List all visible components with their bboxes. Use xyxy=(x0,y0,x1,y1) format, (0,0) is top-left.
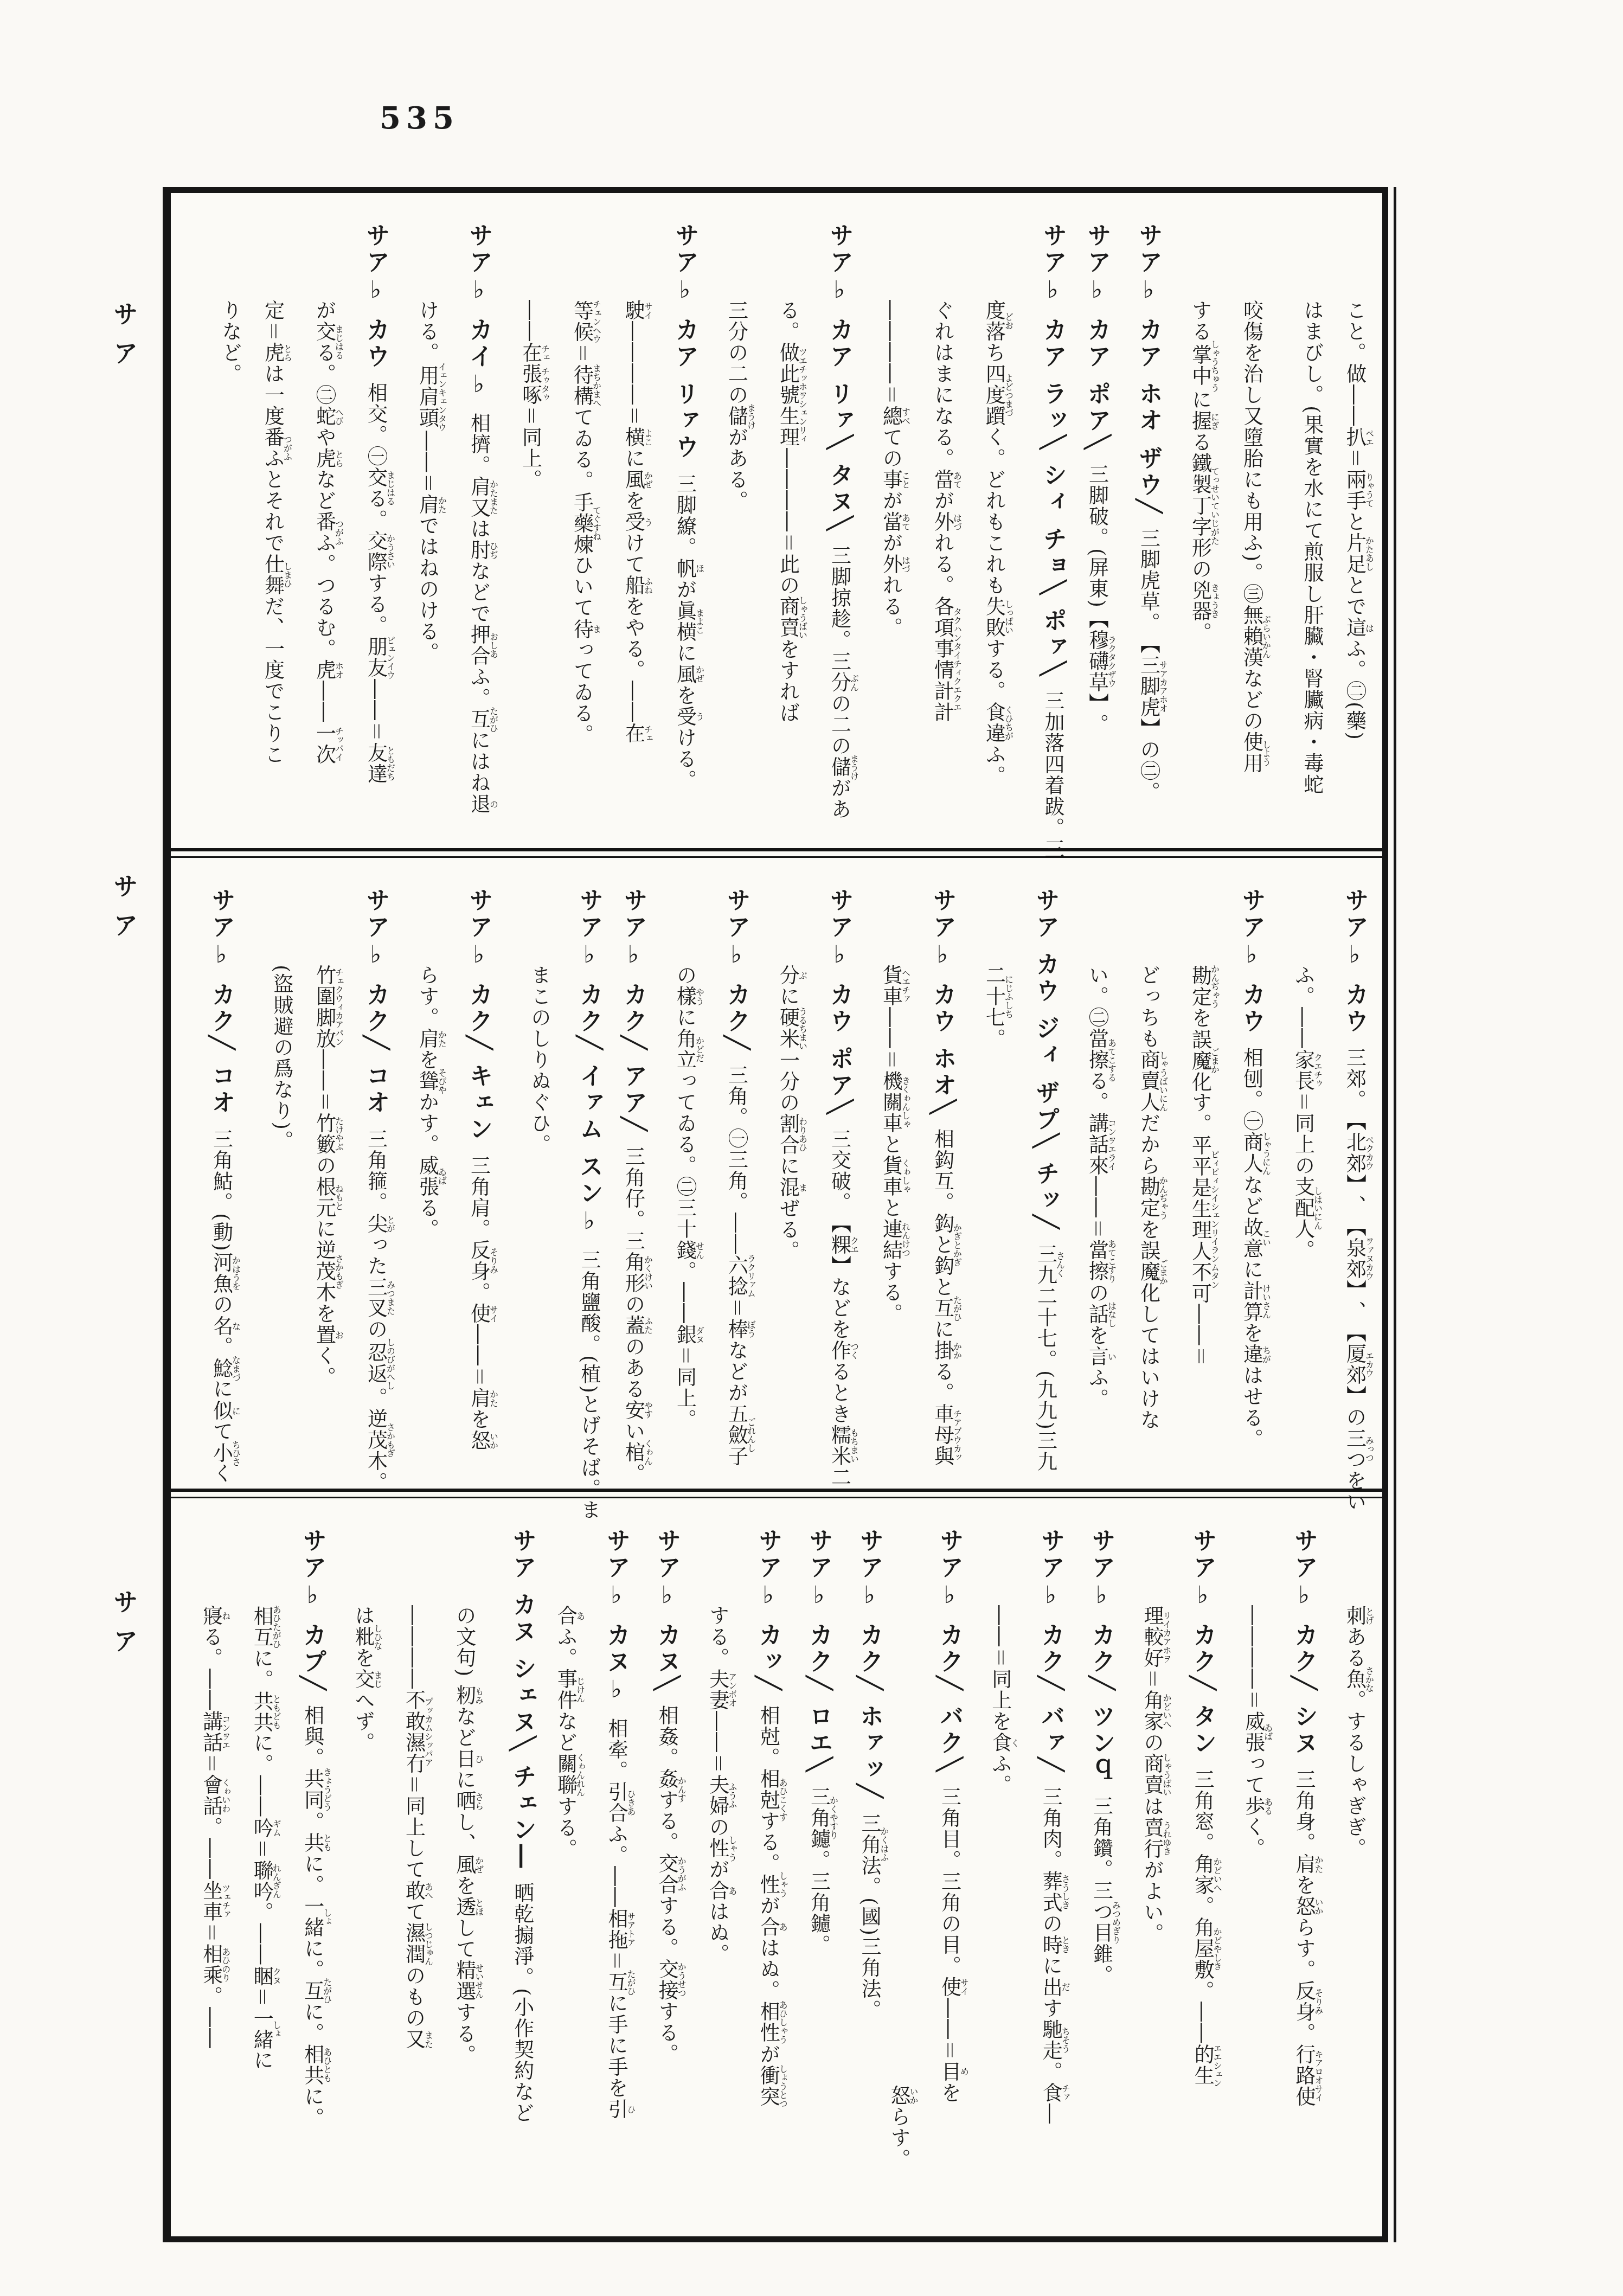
continuation-column: まこのしりぬぐひ。 xyxy=(498,858,549,1489)
definition-text: する掌中しゃうちゅうに握にぎる鐵製丁字形てっせいていじがたの兇器きょうき。 xyxy=(1189,300,1212,643)
continuation-column: は粃しひなを交まじへず。 xyxy=(331,1498,382,2231)
headword: サア♭ カヌ╲ xyxy=(653,1528,681,1693)
definition-text: ける。用肩頭イェンキェンタウ――＝肩かたではねのける。 xyxy=(416,300,439,663)
definition-text: が交るまじはる。㊁蛇へびや虎とらなど番ふつがふ。つるむ。虎ホオ――一次チッパイ xyxy=(313,300,336,765)
entry-column: サア♭ カク╱ キェン三角肩。反身そりみ。使サイ――＝肩かたを怒いか xyxy=(446,858,498,1489)
definition-text: 竹圍脚放チェクウィカアパン――＝竹籔たけやぶの根元ねもとに逆茂木さかもぎを置おく… xyxy=(313,965,336,1388)
definition-text: 三郊。【北郊】ペクカウ、【泉郊】ヲァヌカウ、【厦郊】エカウの三つみっつをい xyxy=(1343,1047,1367,1512)
continuation-column: 合あふ。事件じけんなど關聯くゎんれんする。 xyxy=(534,1498,585,2231)
headword: サア カヌ シェヌ╲ チェン― xyxy=(509,1528,536,1870)
continuation-column: する掌中しゃうちゅうに握にぎる鐵製丁字形てっせいていじがたの兇器きょうき。 xyxy=(1167,193,1219,848)
definition-text: 三脚掠趁。三分ぶんの二の儲まうけがあ xyxy=(828,545,851,820)
entry-column: サア♭ カク╱ イァム スン♭三角鹽酸。(植)とげそば。ま xyxy=(549,858,601,1489)
continuation-column: 咬傷を治し又墮胎にも用ふ)。㊂無賴漢ぶらいかんなどの使用しよう xyxy=(1219,193,1271,848)
definition-text: 度落どおち四度躓よどつまづく。どれもこれも失敗しっぱいする。食違くひちがふ。 xyxy=(983,300,1006,786)
definition-text: する。夫妻アンボオ――＝夫婦ふうふの性しゃうが合あはぬ。 xyxy=(706,1605,729,1965)
definition-text: 三脚虎草。【三脚虎】サアカアホオの㊁。 xyxy=(1137,528,1160,803)
definition-text: 三角鑽。三つ目錐みつめぎり。 xyxy=(1090,1795,1113,1986)
definition-text: 三角鑢かくやすり。三角鑢。 xyxy=(807,1786,831,1955)
entry-column: サア♭ カア ラッ╲ シィ チョ╲ ポァ╲三加落四着跋。三 xyxy=(1013,193,1064,848)
continuation-column: ――在チェ張啄チゥタゥ＝同上。 xyxy=(498,193,549,848)
entry-column: サア♭ カウ相刨。㊀商人しゃうにんなど故意こいに計算けいさんを違ちがはせる。 xyxy=(1219,858,1271,1489)
headword: サア♭ カク╱ タン xyxy=(1189,1528,1216,1757)
continuation-column: 寢ねる。――講話コンヲエ＝會話くゎいわ。――坐車ツェチァ＝相乘あひのり。―― xyxy=(179,1498,230,2231)
definition-text: 相擠。肩又かたまたは肘ひぢなどで押合おしあふ。互たがひにはね退の xyxy=(467,413,491,814)
definition-text: りなど。 xyxy=(219,300,242,384)
definition-text: 相與。共同きょうどう。共ともに。一緒しょに。互たがひに。相共あひともに。 xyxy=(301,1705,324,2128)
definition-text: はまびし。(果實を水にて煎服し肝臟・腎臟病・毒蛇 xyxy=(1300,300,1324,795)
headword: サア♭ カウ ホオ╲ xyxy=(929,888,957,1117)
headword: サア♭ カウ xyxy=(1238,888,1266,1035)
entry-column: サア♭ カプ╱相與。共同きょうどう。共ともに。一緒しょに。互たがひに。相共あひと… xyxy=(281,1498,331,2231)
headword: サア♭ カク╱ コオ xyxy=(362,888,390,1117)
headword: サア♭ カウ xyxy=(362,223,390,370)
definition-text: まこのしりぬぐひ。 xyxy=(528,965,551,1155)
headword: サア♭ カア ポア╲ xyxy=(1083,223,1111,452)
headword: サア♭ カク╱ イァム スン♭ xyxy=(575,888,603,1237)
entry-column: サア カヌ シェヌ╲ チェン―晒乾搧淨。(小作契約など xyxy=(483,1498,534,2231)
continuation-column: 度落どおち四度躓よどつまづく。どれもこれも失敗しっぱいする。食違くひちがふ。 xyxy=(961,193,1013,848)
entry-column: サア♭ カク╱ コオ三角鮕。(動)河魚かはうをの名な。鯰なまづに似にて小ちひさく xyxy=(189,858,240,1489)
definition-text: 駛サイ――――＝横よこに風かぜを受うけて船ふねをやる。――在チェ xyxy=(622,300,645,744)
entry-column: サア♭ カク╱ ホァッ╱三角法かくはふ。(國)三角法。 xyxy=(838,1498,888,2231)
definition-text: 相互あひたがひに。共共ともどもに。――吟ギム＝聯吟れんぎん。――睏クヌ＝一緒しょ… xyxy=(250,1605,273,2071)
continuation-column: の文句) 籾もみなど日ひに晒さらし、風かぜを透とほして精選せいせんする。 xyxy=(433,1498,483,2231)
entry-column: サア カウ ジィ ザプ╲ チッ╱三九さんく二十七。(九九)三九 xyxy=(1013,858,1064,1489)
entry-column: サア♭ カア リァウ三脚繚。帆ほが眞横まよこに風かぜを受うける。 xyxy=(652,193,704,848)
continuation-column: い。㊁當擦るあてこする。講話來コンヲエライ――＝當擦あてこすりの話はなしを言いふ… xyxy=(1064,858,1116,1489)
continuation-column: はまびし。(果實を水にて煎服し肝臟・腎臟病・毒蛇 xyxy=(1271,193,1322,848)
entry-band-1: こと。做――扒ペエ＝兩手りゃうてと片足かたあしとで這はふ。㊁(藥)はまびし。(果… xyxy=(171,193,1382,848)
definition-text: 定＝虎とらは一度番ふつがふとそれで仕舞しまひだ、一度でこりこ xyxy=(261,300,285,765)
continuation-column: りなど。 xyxy=(189,193,240,848)
definition-text: ぐれはまになる。當あてが外はづれる。各項事情計計タクハンタイチィクエクエ xyxy=(931,300,954,723)
definition-text: 三脚繚。帆ほが眞横まよこに風かぜを受うける。 xyxy=(673,473,697,791)
margin-guide-label-band1: サア xyxy=(106,301,142,379)
definition-text: (盜賊避の爲なり)。 xyxy=(270,965,293,1152)
headword: サア♭ カク╱ xyxy=(723,888,750,1053)
continuation-column: 刺とげある魚さかな。するしゃぎぎ。 xyxy=(1323,1498,1374,2231)
entry-column: サア♭ カク╱ シヌ三角身。肩かたを怒いからす。反身そりみ。行路使キアロオサイ xyxy=(1272,1498,1323,2231)
headword: サア♭ カク╱ ホァッ╱ xyxy=(856,1528,883,1801)
continuation-column: こと。做――扒ペエ＝兩手りゃうてと片足かたあしとで這はふ。㊁(藥) xyxy=(1322,193,1374,848)
headword: サア♭ カク╱ アア╱ xyxy=(620,888,647,1134)
continuation-column: 二十七にじふしち。 xyxy=(961,858,1013,1489)
definition-text: 勘定かんぢゃうを誤魔化ごまかす。平平是生理人不可ピィピィシイシェンリイランムタン… xyxy=(1189,965,1212,1368)
continuation-column: の樣やうに角立かどだってゐる。㊁三十錢せん。――銀ダヌ＝同上。 xyxy=(652,858,704,1489)
definition-text: 寢ねる。――講話コンヲエ＝會話くゎいわ。――坐車ツェチァ＝相乘あひのり。―― xyxy=(200,1605,223,2049)
page-number: 535 xyxy=(380,100,459,136)
headword: サア カウ ジィ ザプ╲ チッ╱ xyxy=(1032,888,1060,1232)
entry-column: サア♭ カア リァ╲ タヌ╲三脚掠趁。三分ぶんの二の儲まうけがあ xyxy=(807,193,858,848)
definition-text: ふ。――家長クエチゥ＝同上の支配人しはいにん。 xyxy=(1292,965,1315,1261)
definition-text: ――――＝威張ゐばって歩あるく。 xyxy=(1242,1605,1265,1859)
definition-text: 三脚破。(屏東)【穆礴草】ラクタクザウ。 xyxy=(1086,464,1109,735)
definition-text: ――――不敢濕冇プッカムシッパア＝同上して敢あへて濕潤しつじゅんのもの又また xyxy=(402,1605,425,2050)
definition-text: い。㊁當擦るあてこする。講話來コンヲエライ――＝當擦あてこすりの話はなしを言いふ… xyxy=(1086,965,1109,1409)
definition-text: 相尅。相尅すあひこくする。性しゃうが合あはぬ。相性あひしゃうが衝突しょうとつ xyxy=(756,1705,780,2108)
entry-column: サア♭ カク╱ タン三角窓。角家かどいへ。角屋敷かどやしき。――的生エエシェン xyxy=(1171,1498,1221,2231)
definition-text: 三角窓。角家かどいへ。角屋敷かどやしき。――的生エエシェン xyxy=(1191,1769,1214,2087)
continuation-column: 駛サイ――――＝横よこに風かぜを受うけて船ふねをやる。――在チェ xyxy=(601,193,652,848)
headword: サア♭ カク╱ キェン xyxy=(465,888,493,1143)
headword: サア♭ カヌ♭ xyxy=(602,1528,630,1706)
column-row: こと。做――扒ペエ＝兩手りゃうてと片足かたあしとで這はふ。㊁(藥)はまびし。(果… xyxy=(171,193,1382,848)
definition-text: は粃しひなを交まじへず。 xyxy=(351,1605,375,1753)
definition-text: 分ぶに硬米うるちまい一分の割合わりあひに混まぜる。 xyxy=(777,965,800,1261)
definition-text: 咬傷を治し又墮胎にも用ふ)。㊂無賴漢ぶらいかんなどの使用しよう xyxy=(1240,300,1263,774)
definition-text: の樣やうに角立かどだってゐる。㊁三十錢せん。――銀ダヌ＝同上。 xyxy=(673,965,697,1430)
band-divider xyxy=(171,1489,1382,1498)
page-frame: こと。做――扒ペエ＝兩手りゃうてと片足かたあしとで這はふ。㊁(藥)はまびし。(果… xyxy=(163,187,1388,2242)
headword: サア♭ カク╱ シヌ xyxy=(1290,1528,1318,1757)
headword: サア♭ カア ホオ ザウ╱ xyxy=(1135,223,1163,516)
entry-column: サア♭ カイ♭相擠。肩又かたまたは肘ひぢなどで押合おしあふ。互たがひにはね退の xyxy=(446,193,498,848)
definition-text: 合あふ。事件じけんなど關聯くゎんれんする。 xyxy=(554,1605,578,1859)
definition-text: 三角鮕。(動)河魚かはうをの名な。鯰なまづに似にて小ちひさく xyxy=(210,1128,233,1485)
definition-text: 三角法かくはふ。(國)三角法。 xyxy=(858,1813,881,2021)
continuation-column: ――＝同上を食くふ。 xyxy=(968,1498,1019,2231)
definition-text: 相牽。引合ひきあふ。――相拖サアトア＝互たがひに手に手を引ひ xyxy=(605,1718,628,2120)
continuation-column: 勘定かんぢゃうを誤魔化ごまかす。平平是生理人不可ピィピィシイシェンリイランムタン… xyxy=(1167,858,1219,1489)
headword: サア♭ カッ╱ xyxy=(754,1528,782,1693)
definition-text: 三角仔。三角形かくけいの蓋ふたのある安やすい棺くゎん。 xyxy=(622,1146,645,1484)
continuation-column: どっちも商賣人しゃうばいにんだから勘定かんぢゃうを誤魔化ごまかしてはいけな xyxy=(1116,858,1167,1489)
headword: サア♭ カク╱ バク╲ xyxy=(935,1528,963,1774)
continuation-column: ける。用肩頭イェンキェンタウ――＝肩かたではねのける。 xyxy=(395,193,446,848)
definition-text: の文句) 籾もみなど日ひに晒さらし、風かぜを透とほして精選せいせんする。 xyxy=(453,1605,476,2066)
definition-text: ――在チェ張啄チゥタゥ＝同上。 xyxy=(519,300,542,490)
definition-text: 三角肩。反身そりみ。使サイ――＝肩かたを怒いか xyxy=(467,1155,491,1451)
definition-text: 三加落四着跋。三 xyxy=(1041,690,1064,860)
entry-column: サア♭ カク╱ ロエ╲三角鑢かくやすり。三角鑢。 xyxy=(787,1498,838,2231)
entry-column: サア♭ カッ╱相尅。相尅すあひこくする。性しゃうが合あはぬ。相性あひしゃうが衝突… xyxy=(736,1498,787,2231)
margin-guide-label-band3: サア xyxy=(106,1589,142,1667)
entry-column: サア♭ カア ホオ ザウ╱三脚虎草。【三脚虎】サアカアホオの㊁。 xyxy=(1116,193,1167,848)
headword: サア♭ カウ ポア╲ xyxy=(826,888,854,1117)
entry-column: サア♭ カク╱ アア╱三角仔。三角形かくけいの蓋ふたのある安やすい棺くゎん。 xyxy=(601,858,652,1489)
definition-text: 三角。㊀三角。――六捻ラクリァム＝棒ぼうなどが五斂子ごれんし xyxy=(725,1064,748,1467)
headword: サア♭ カク╱ ロエ╲ xyxy=(805,1528,833,1774)
continuation-column: が交るまじはる。㊁蛇へびや虎とらなど番ふつがふ。つるむ。虎ホオ――一次チッパイ xyxy=(292,193,343,848)
definition-text: 三角鹽酸。(植)とげそば。ま xyxy=(578,1249,601,1521)
continuation-column: ――――不敢濕冇プッカムシッパア＝同上して敢あへて濕潤しつじゅんのもの又また xyxy=(382,1498,433,2231)
continuation-column: ふ。――家長クエチゥ＝同上の支配人しはいにん。 xyxy=(1271,858,1322,1489)
definition-text: 貨車ヘエチァ――＝機關車きくゎんしゃと貨車くゎしゃと連結れんけつする。 xyxy=(880,965,903,1324)
definition-text: 晒乾搧淨。(小作契約など xyxy=(511,1882,534,2124)
continuation-column: する。夫妻アンボオ――＝夫婦ふうふの性しゃうが合あはぬ。 xyxy=(686,1498,736,2231)
definition-text: 三角肉。葬式さうしきの時ときに出だす馳走ちそう。食チァ― xyxy=(1039,1786,1062,2125)
continuation-column: 貨車ヘエチァ――＝機關車きくゎんしゃと貨車くゎしゃと連結れんけつする。 xyxy=(858,858,910,1489)
headword: サア♭ カク╱ コオ xyxy=(208,888,235,1117)
definition-text: 理較好リイカアホヲ＝角家かどいへの商賣しゃうばいは賣行うれゆきがよい。 xyxy=(1140,1605,1164,1944)
headword: サア♭ カク╱ ツンｑ xyxy=(1088,1528,1115,1784)
definition-text: 三分の二の儲まうけがある。 xyxy=(725,300,748,511)
entry-column: サア♭ カク╱三角。㊀三角。――六捻ラクリァム＝棒ぼうなどが五斂子ごれんし xyxy=(704,858,755,1489)
definition-text: ――＝同上を食くふ。 xyxy=(989,1605,1012,1795)
continuation-column: 理較好リイカアホヲ＝角家かどいへの商賣しゃうばいは賣行うれゆきがよい。 xyxy=(1120,1498,1171,2231)
headword: サア♭ カア リァ╲ タヌ╲ xyxy=(826,223,854,533)
column-row: サア♭ カウ三郊。【北郊】ペクカウ、【泉郊】ヲァヌカウ、【厦郊】エカウの三つみっ… xyxy=(171,858,1382,1489)
entry-column: サア♭ カク╱ バァ╱三角肉。葬式さうしきの時ときに出だす馳走ちそう。食チァ― xyxy=(1019,1498,1069,2231)
continuation-column: らす。肩かたを聳そびやかす。威張ゐばる。 xyxy=(395,858,446,1489)
headword: サア♭ カク╱ バァ╱ xyxy=(1037,1528,1064,1774)
continuation-column: 相互あひたがひに。共共ともどもに。――吟ギム＝聯吟れんぎん。――睏クヌ＝一緒しょ… xyxy=(230,1498,280,2231)
definition-text: 等候チェンヘウ＝待構まちかまへてゐる。手藥煉てぐすねひいて待まってゐる。 xyxy=(570,300,594,746)
definition-text: ――――＝總すべての事ことが當あてが外はづれる。 xyxy=(880,300,903,638)
definition-text: どっちも商賣人しゃうばいにんだから勘定かんぢゃうを誤魔化ごまかしてはいけな xyxy=(1137,965,1160,1431)
entry-column: サア♭ カク╱ ツンｑ三角鑽。三つ目錐みつめぎり。 xyxy=(1070,1498,1120,2231)
headword: サア♭ カウ xyxy=(1341,888,1369,1035)
continuation-column: (盜賊避の爲なり)。 xyxy=(240,858,292,1489)
continuation-column: ぐれはまになる。當あてが外はづれる。各項事情計計タクハンタイチィクエクエ xyxy=(910,193,961,848)
headword: サア♭ カア リァウ xyxy=(671,223,699,461)
definition-text: らす。肩かたを聳そびやかす。威張ゐばる。 xyxy=(416,965,439,1240)
definition-text: 刺とげある魚さかな。するしゃぎぎ。 xyxy=(1343,1605,1367,1859)
continuation-column: ――――＝威張ゐばって歩あるく。 xyxy=(1222,1498,1272,2231)
continuation-column: 等候チェンヘウ＝待構まちかまへてゐる。手藥煉てぐすねひいて待まってゐる。 xyxy=(549,193,601,848)
continuation-column: ――――＝總すべての事ことが當あてが外はづれる。 xyxy=(858,193,910,848)
entry-column: サア♭ カウ相交。㊀交るまじはる。交際かうさいする。朋友ピェンイウ――＝友達とも… xyxy=(343,193,395,848)
definition-text: こと。做――扒ペエ＝兩手りゃうてと片足かたあしとで這はふ。㊁(藥) xyxy=(1343,300,1367,741)
headword: サア♭ カア ラッ╲ シィ チョ╲ ポァ╲ xyxy=(1039,223,1067,678)
definition-text: 相姦。姦すかんする。交合かうがふする。交接かうせつする。 xyxy=(655,1705,678,2064)
definition-text: 相鈎互。鈎と鈎かぎとかぎと互たがひに掛かかる。車母與チアブウカッ xyxy=(931,1128,954,1467)
margin-guide-label-band2: サア xyxy=(106,873,142,951)
definition-text: 三角身。肩かたを怒いからす。反身そりみ。行路使キアロオサイ xyxy=(1292,1769,1316,2107)
column-row: 刺とげある魚さかな。するしゃぎぎ。サア♭ カク╱ シヌ三角身。肩かたを怒いからす… xyxy=(171,1498,1382,2231)
entry-column: サア♭ カヌ╲相姦。姦すかんする。交合かうがふする。交接かうせつする。 xyxy=(635,1498,685,2231)
continuation-column: 分ぶに硬米うるちまい一分の割合わりあひに混まぜる。 xyxy=(755,858,807,1489)
continuation-column: 定＝虎とらは一度番ふつがふとそれで仕舞しまひだ、一度でこりこ xyxy=(240,193,292,848)
dictionary-page: 535 サア サア サア こと。做――扒ペエ＝兩手りゃうてと片足かたあしとで這は… xyxy=(0,0,1623,2296)
band-divider xyxy=(171,848,1382,858)
definition-text: 怒いからす。 xyxy=(887,2085,910,2170)
entry-column: サア♭ カウ ポア╲三交破。【粿】クエなどを作つくるとき糯米もちまい二 xyxy=(807,858,858,1489)
entry-column: サア♭ カウ三郊。【北郊】ペクカウ、【泉郊】ヲァヌカウ、【厦郊】エカウの三つみっ… xyxy=(1322,858,1374,1489)
continuation-column: 竹圍脚放チェクウィカアパン――＝竹籔たけやぶの根元ねもとに逆茂木さかもぎを置おく… xyxy=(292,858,343,1489)
definition-text: 二十七にじふしち。 xyxy=(983,965,1006,1049)
definition-text: 三交破。【粿】クエなどを作つくるとき糯米もちまい二 xyxy=(828,1128,851,1488)
definition-text: 三角目。三角の目。使サイ――＝目めを xyxy=(938,1786,961,2103)
entry-column: サア♭ カヌ♭相牽。引合ひきあふ。――相拖サアトア＝互たがひに手に手を引ひ xyxy=(585,1498,635,2231)
entry-column: サア♭ カク╱ バク╲三角目。三角の目。使サイ――＝目めを xyxy=(918,1498,968,2231)
entry-band-3: 刺とげある魚さかな。するしゃぎぎ。サア♭ カク╱ シヌ三角身。肩かたを怒いからす… xyxy=(171,1498,1382,2231)
continuation-column: る。做此號生理ツエチッホヲシェンリィ――――＝此の商賣しゃうばいをすれば xyxy=(755,193,807,848)
definition-text: 三九さんく二十七。(九九)三九 xyxy=(1034,1243,1057,1473)
entry-column: サア♭ カウ ホオ╲相鈎互。鈎と鈎かぎとかぎと互たがひに掛かかる。車母與チアブウ… xyxy=(910,858,961,1489)
headword: サア♭ カイ♭ xyxy=(465,223,493,401)
entry-band-2: サア♭ カウ三郊。【北郊】ペクカウ、【泉郊】ヲァヌカウ、【厦郊】エカウの三つみっ… xyxy=(171,858,1382,1489)
headword: サア♭ カプ╱ xyxy=(299,1528,326,1693)
definition-text: る。做此號生理ツエチッホヲシェンリィ――――＝此の商賣しゃうばいをすれば xyxy=(777,300,800,723)
continuation-column: 三分の二の儲まうけがある。 xyxy=(704,193,755,848)
definition-text: 相交。㊀交るまじはる。交際かうさいする。朋友ピェンイウ――＝友達ともだち xyxy=(364,382,388,785)
continuation-column: 怒いからす。 xyxy=(888,1498,918,2231)
definition-text: 三角箍。尖とがった三叉みつまたの忍返しのびがへし。逆茂木さかもぎ。 xyxy=(364,1128,388,1493)
entry-column: サア♭ カク╱ コオ三角箍。尖とがった三叉みつまたの忍返しのびがへし。逆茂木さか… xyxy=(343,858,395,1489)
entry-column: サア♭ カア ポア╲三脚破。(屏東)【穆礴草】ラクタクザウ。 xyxy=(1064,193,1116,848)
definition-text: 相刨。㊀商人しゃうにんなど故意こいに計算けいさんを違ちがはせる。 xyxy=(1240,1047,1263,1450)
